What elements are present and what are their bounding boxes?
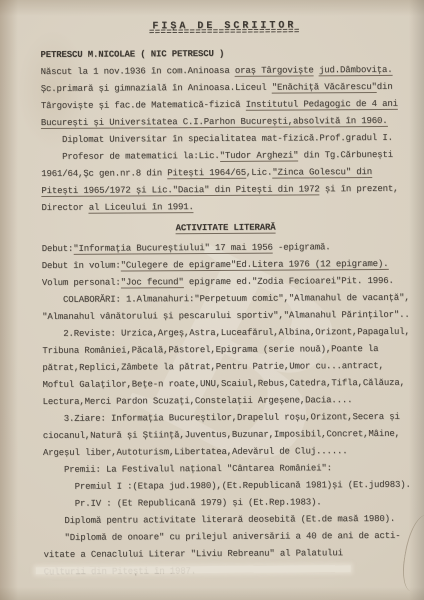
text-segment: Culturii din Pitești în 1987. bbox=[44, 566, 196, 577]
underlined-text: București și Universitatea C.I.Parhon Bu… bbox=[41, 116, 388, 129]
text-segment: din Tg.Cărbunești bbox=[298, 150, 393, 161]
document-body: PETRESCU M.NICOLAE ( NIC PETRESCU )Născu… bbox=[40, 45, 411, 581]
text-segment: Șc.primară și gimnazială în Aninoasa.Lic… bbox=[41, 83, 272, 94]
text-line: Director al Liceului în 1991. bbox=[41, 198, 409, 217]
text-segment: -epigramă. bbox=[273, 242, 331, 252]
underlined-text: al Liceului în 1991. bbox=[89, 202, 194, 214]
text-segment: Premiul I :(Etapa jud.1980),(Et.Republic… bbox=[43, 480, 411, 492]
text-segment: Moftul Galaților,Bețe-n roate,UNU,Scaiul… bbox=[42, 378, 404, 390]
text-segment: pătrat,Replici,Zâmbete la pătrat,Pentru … bbox=[42, 361, 383, 373]
underlined-text: "Culegere de epigrame"Ed.Litera 1976 (12… bbox=[121, 259, 389, 272]
document-page: B FIȘA DE SCRIITOR =====================… bbox=[0, 0, 424, 600]
text-segment: COLABORĂRI: 1.Almanahuri:"Perpetuum comi… bbox=[42, 293, 410, 305]
text-segment: Premii: La Festivalul național "Cântarea… bbox=[43, 463, 332, 475]
text-segment: "Diplomă de onoare" cu prilejul aniversă… bbox=[43, 531, 400, 543]
underlined-text: oraș Târgoviște bbox=[235, 65, 314, 76]
underlined-text: "Informația Bucureștiului" 17 mai 1956 bbox=[73, 243, 273, 255]
text-segment: Director bbox=[41, 203, 88, 213]
text-segment: Debut în volum: bbox=[42, 261, 121, 271]
title-underline: ========================== bbox=[40, 26, 408, 38]
text-segment: PETRESCU M.NICOLAE ( NIC PETRESCU ) bbox=[40, 49, 224, 60]
underlined-text: jud.Dâmbovița. bbox=[319, 65, 393, 76]
text-segment: Volum personal: bbox=[42, 278, 121, 288]
text-segment: 2.Reviste: Urzica,Argeș,Astra,Luceafărul… bbox=[42, 327, 410, 339]
underlined-text: "Joc fecund" bbox=[121, 277, 184, 288]
text-segment: Pr.IV : (Et Republicană 1979) și (Et.Rep… bbox=[43, 497, 321, 509]
text-line: Culturii din Pitești în 1987. bbox=[44, 562, 412, 581]
text-segment: "Almanahul vânătorului și pescarului spo… bbox=[42, 310, 410, 322]
text-segment: ciocanul,Natură și Știință,Juventus,Buzu… bbox=[43, 429, 400, 441]
text-segment: Târgoviște și fac.de Matematică-fizică bbox=[41, 100, 246, 111]
text-segment: Argeșul liber,Autoturism,Libertatea,Adev… bbox=[43, 446, 348, 458]
text-segment: Diplomat Universitar în specialitatea ma… bbox=[41, 133, 393, 145]
text-segment: Lectura,Merci Pardon Scuzați,Constelații… bbox=[43, 395, 353, 407]
text-segment: vitate a Cenaclului Literar "Liviu Rebre… bbox=[44, 548, 343, 560]
underlined-text: Pitești 1965/1972 și Lic."Dacia" din Pit… bbox=[41, 184, 319, 197]
text-segment: 1961/64,Șc gen.nr.8 din bbox=[41, 168, 167, 179]
text-segment: epigrame ed."Zodia Fecioarei"Pit. 1996. bbox=[184, 276, 394, 287]
underlined-text: ACTIVITATE LITERARĂ bbox=[176, 223, 276, 235]
document-content: FIȘA DE SCRIITOR =======================… bbox=[0, 0, 424, 600]
text-segment: Tribuna României,Păcală,Păstorel,Epigram… bbox=[42, 344, 378, 356]
text-line: ACTIVITATE LITERARĂ bbox=[42, 219, 410, 238]
text-segment: Născut la 1 nov.1936 în com.Aninoasa bbox=[41, 66, 235, 77]
underlined-text: "Zinca Golescu" din bbox=[272, 167, 372, 179]
underlined-text: Pitești 1964/65 bbox=[167, 168, 246, 179]
text-segment: ,Lic. bbox=[246, 168, 272, 178]
text-segment: din bbox=[377, 82, 393, 92]
underlined-text: Institutul Pedagogic de 4 ani bbox=[246, 99, 398, 111]
text-segment: Debut: bbox=[42, 244, 74, 254]
text-segment: Diplomă pentru activitate literară deose… bbox=[43, 514, 395, 526]
underlined-text: "Enăchiță Văcărescu" bbox=[272, 82, 377, 94]
text-segment: și în prezent, bbox=[320, 184, 399, 194]
underlined-text: "Tudor Arghezi" bbox=[220, 150, 299, 161]
text-segment: Profesor de matematici la:Lic. bbox=[41, 151, 220, 162]
text-segment: 3.Ziare: Informația Bucureștilor,Drapelu… bbox=[43, 412, 400, 424]
